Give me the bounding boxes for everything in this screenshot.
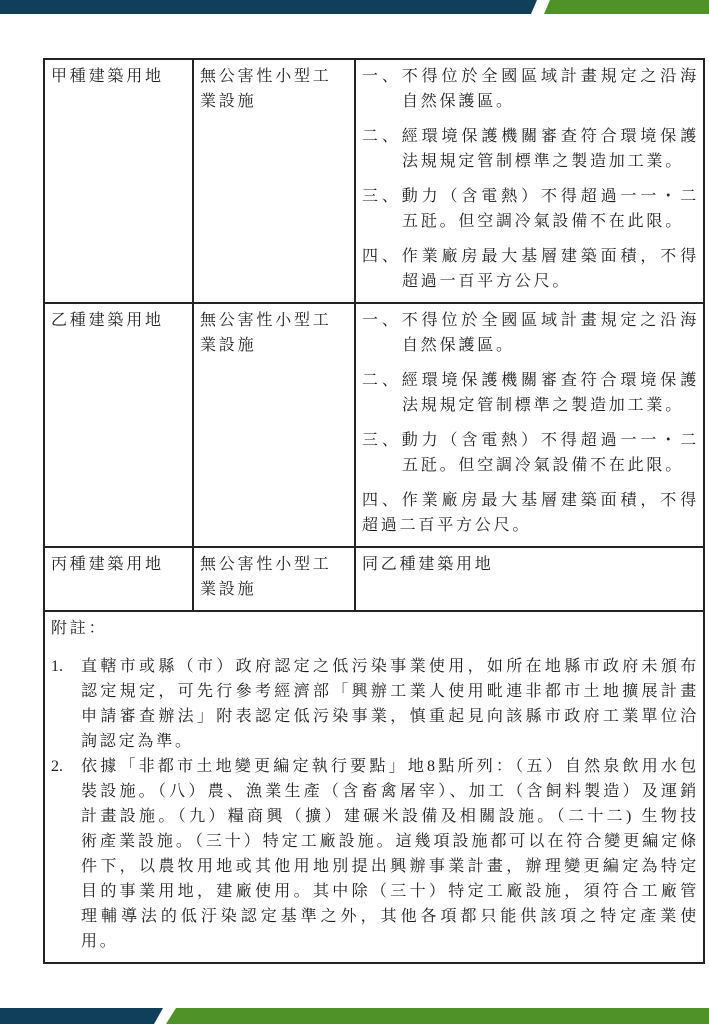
note-number: 1. <box>51 654 81 754</box>
condition-item: 一、不得位於全國區域計畫規定之沿海自然保護區。 <box>362 64 699 114</box>
table-row-yi: 乙種建築用地 無公害性小型工業設施 一、不得位於全國區域計畫規定之沿海自然保護區… <box>44 303 704 547</box>
land-type-cell: 甲種建築用地 <box>44 59 193 303</box>
condition-item: 四、作業廠房最大基層建築面積，不得超過一百平方公尺。 <box>362 244 699 294</box>
footer-decoration-band <box>0 1008 709 1024</box>
land-type-cell: 乙種建築用地 <box>44 303 193 547</box>
note-number: 2. <box>51 754 81 954</box>
header-decoration-band <box>0 0 709 14</box>
condition-item: 一、不得位於全國區域計畫規定之沿海自然保護區。 <box>362 308 699 358</box>
note-item-1: 1. 直轄市或縣（市）政府認定之低污染事業使用，如所在地縣市政府未頒布認定規定，… <box>51 654 699 754</box>
document-page: 甲種建築用地 無公害性小型工業設施 一、不得位於全國區域計畫規定之沿海自然保護區… <box>0 0 709 1024</box>
land-use-regulation-table: 甲種建築用地 無公害性小型工業設施 一、不得位於全國區域計畫規定之沿海自然保護區… <box>43 58 705 964</box>
conditions-cell: 同乙種建築用地 <box>355 547 704 611</box>
land-type-cell: 丙種建築用地 <box>44 547 193 611</box>
condition-item: 二、經環境保護機關審查符合環境保護法規規定管制標準之製造加工業。 <box>362 124 699 174</box>
notes-heading: 附註： <box>51 616 699 641</box>
condition-item: 三、動力（含電熱）不得超過一一・二五瓩。但空調冷氣設備不在此限。 <box>362 428 699 478</box>
note-text: 依據「非都市土地變更編定執行要點」地8點所列：（五）自然泉飲用水包裝設施。（八）… <box>81 754 699 954</box>
note-text: 直轄市或縣（市）政府認定之低污染事業使用，如所在地縣市政府未頒布認定規定，可先行… <box>81 654 699 754</box>
condition-item: 四、作業廠房最大基層建築面積，不得超過二百平方公尺。 <box>362 488 699 538</box>
facility-cell: 無公害性小型工業設施 <box>193 59 355 303</box>
note-item-2: 2. 依據「非都市土地變更編定執行要點」地8點所列：（五）自然泉飲用水包裝設施。… <box>51 754 699 954</box>
condition-item: 二、經環境保護機關審查符合環境保護法規規定管制標準之製造加工業。 <box>362 368 699 418</box>
facility-cell: 無公害性小型工業設施 <box>193 547 355 611</box>
facility-cell: 無公害性小型工業設施 <box>193 303 355 547</box>
table-row-notes: 附註： 1. 直轄市或縣（市）政府認定之低污染事業使用，如所在地縣市政府未頒布認… <box>44 611 704 963</box>
notes-cell: 附註： 1. 直轄市或縣（市）政府認定之低污染事業使用，如所在地縣市政府未頒布認… <box>44 611 704 963</box>
table-row-bing: 丙種建築用地 無公害性小型工業設施 同乙種建築用地 <box>44 547 704 611</box>
conditions-cell: 一、不得位於全國區域計畫規定之沿海自然保護區。 二、經環境保護機關審查符合環境保… <box>355 303 704 547</box>
conditions-cell: 一、不得位於全國區域計畫規定之沿海自然保護區。 二、經環境保護機關審查符合環境保… <box>355 59 704 303</box>
condition-item: 三、動力（含電熱）不得超過一一・二五瓩。但空調冷氣設備不在此限。 <box>362 184 699 234</box>
table-row-jia: 甲種建築用地 無公害性小型工業設施 一、不得位於全國區域計畫規定之沿海自然保護區… <box>44 59 704 303</box>
